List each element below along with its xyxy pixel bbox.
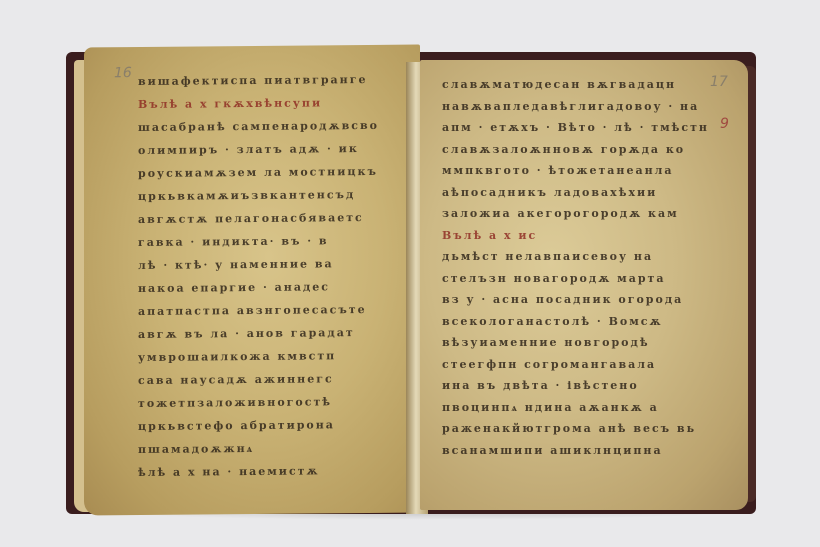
manuscript-line: накоа епаргие · анадес [138, 280, 330, 295]
manuscript-line: ѣлѣ а х на · наемистѫ [138, 464, 320, 479]
right-page: 17 9 славѫматюдесан вѫгвадацннавѫвапледа… [420, 60, 748, 510]
manuscript-line: ина въ двѣта · івѣстено [442, 379, 639, 392]
manuscript-line: тожетпзаложивногостѣ [138, 395, 332, 410]
right-marginal-number: 9 [720, 116, 729, 132]
manuscript-line: апатпастпа авзнгопесасъте [138, 303, 367, 318]
manuscript-line: пвоцинпѧ ндина аѫанкѫ а [442, 401, 659, 414]
manuscript-line: всанамшипи ашиклнципна [442, 444, 663, 457]
left-page: 16 вишафектиспа пиатвгрангеВълѣ а х гкѫх… [84, 45, 420, 516]
manuscript-line: Вълѣ а х ис [442, 229, 537, 242]
left-page-text: вишафектиспа пиатвгрангеВълѣ а х гкѫхвѣн… [84, 45, 420, 48]
manuscript-line: умврошаилкожа кмвстп [138, 349, 336, 364]
manuscript-line: цркьвкамѫиъзвкантенсъд [138, 188, 355, 203]
manuscript-line: навѫвапледавѣглигадовоу · на [442, 100, 699, 113]
manuscript-line: авгѫ въ ла · анов гарадат [138, 326, 355, 341]
manuscript-line: авгѫстѫ пелагонасбяваетс [138, 211, 364, 226]
manuscript-line: роускиамѫзем ла мостницкъ [138, 165, 378, 180]
manuscript-line: стелъзн новагородѫ марта [442, 272, 665, 285]
manuscript-line: сава наусадѫ ажиннегс [138, 372, 334, 387]
manuscript-line: аѣпосадникъ ладовахѣхии [442, 186, 657, 199]
manuscript-line: шасабранѣ сампенародѫвсво [138, 119, 379, 134]
manuscript-line: гавка · индикта· въ · в [138, 234, 329, 249]
manuscript-line: Вълѣ а х гкѫхвѣнсупи [138, 96, 322, 111]
manuscript-line: олимпиръ · златъ адѫ · ик [138, 142, 359, 157]
manuscript-line: апм · етѫхъ · Вѣто · лѣ · тмѣстн [442, 121, 709, 134]
manuscript-line: славѫматюдесан вѫгвадацн [442, 78, 676, 91]
manuscript-line: дьмѣст нелавпаисевоу на [442, 250, 653, 263]
manuscript-line: заложиа акегорогородѫ кам [442, 207, 679, 220]
manuscript-line: стеегфпн согромангавала [442, 358, 656, 371]
right-folio-number: 17 [710, 74, 728, 90]
manuscript-line: ммпквгото · ѣтожетанеанла [442, 164, 674, 177]
manuscript-line: вз у · асна посадник огорода [442, 293, 683, 306]
manuscript-line: славѫзалоѫнновѫ горѫда ко [442, 143, 685, 156]
left-folio-number: 16 [114, 65, 132, 81]
manuscript-line: вишафектиспа пиатвгранге [138, 73, 367, 88]
manuscript-line: раженакйютгрома анѣ весъ вь [442, 422, 696, 435]
manuscript-line: всекологанастолѣ · Вомсѫ [442, 315, 663, 328]
manuscript-line: лѣ · ктѣ· у наменние ва [138, 257, 334, 272]
manuscript-line: вѣзуиаменние новгородѣ [442, 336, 650, 349]
manuscript-line: цркьвстефо абратирона [138, 418, 335, 433]
manuscript-line: пшамадоѫжнѧ [138, 442, 254, 456]
